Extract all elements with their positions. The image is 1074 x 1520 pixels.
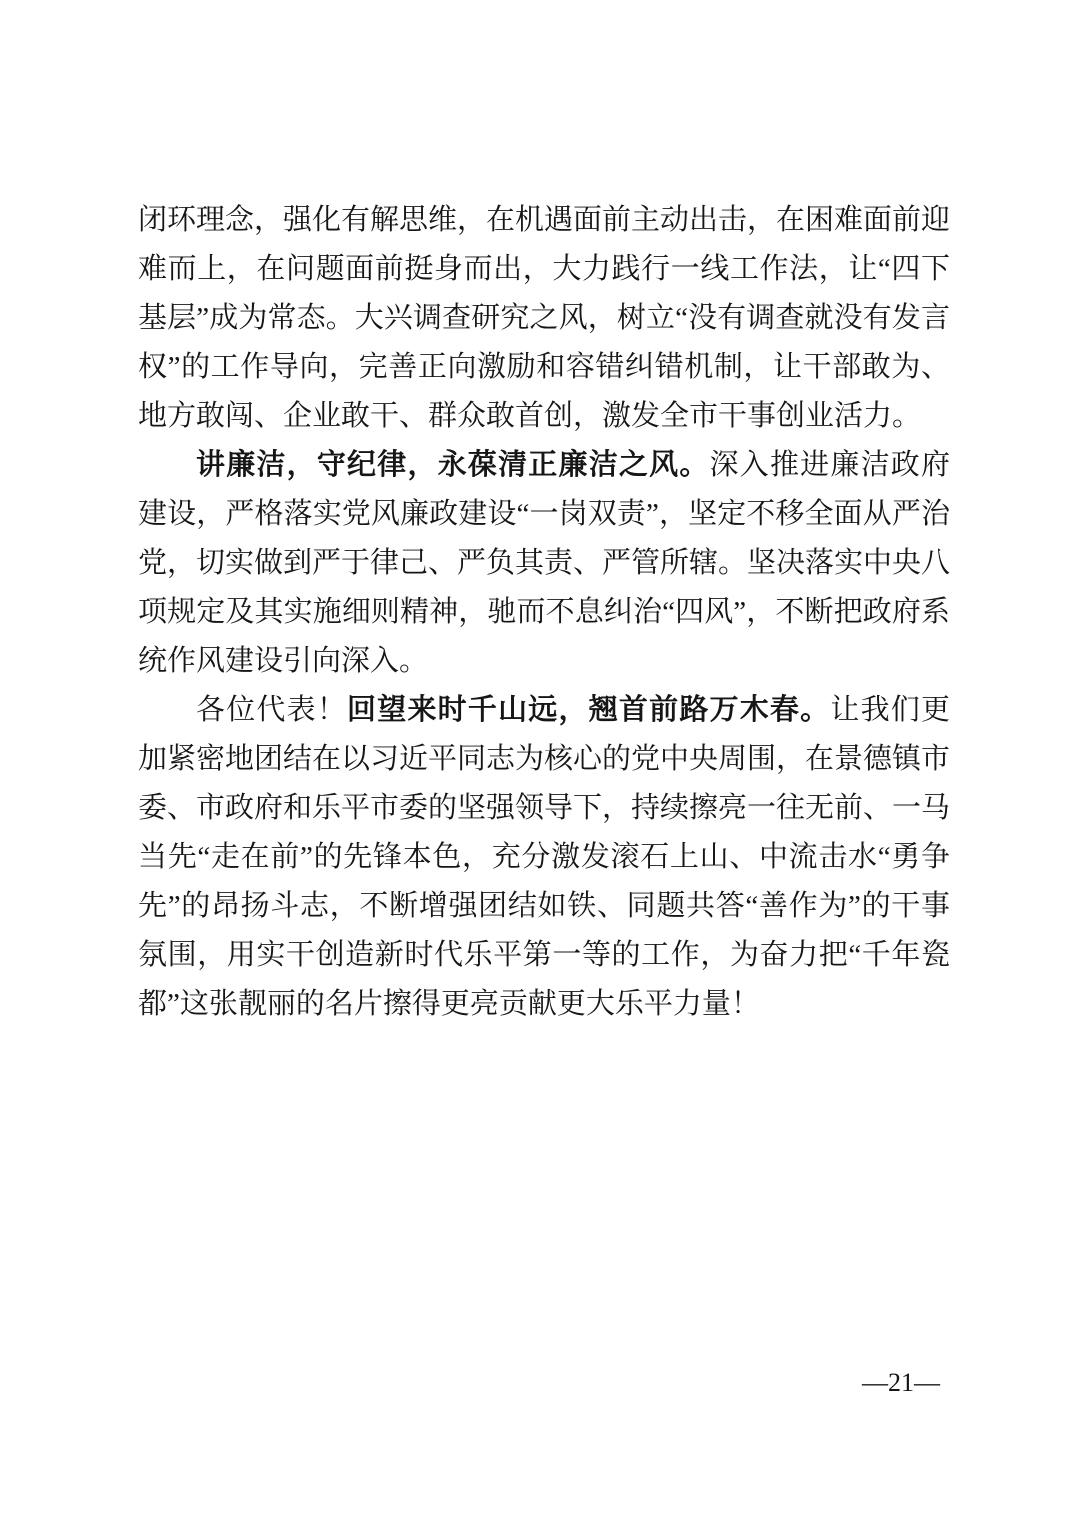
paragraph-2: 讲廉洁，守纪律，永葆清正廉洁之风。深入推进廉洁政府建设，严格落实党风廉政建设“一… [138,441,950,686]
document-body: 闭环理念，强化有解思维，在机遇面前主动出击，在困难面前迎难而上，在问题面前挺身而… [138,196,950,1029]
paragraph-2-text: 深入推进廉洁政府建设，严格落实党风廉政建设“一岗双责”，坚定不移全面从严治党，切… [138,449,950,677]
paragraph-3-bold-phrase: 回望来时千山远，翘首前路万木春。 [347,694,830,726]
paragraph-2-bold-lead: 讲廉洁，守纪律，永葆清正廉洁之风。 [196,449,710,481]
paragraph-1-text: 闭环理念，强化有解思维，在机遇面前主动出击，在困难面前迎难而上，在问题面前挺身而… [138,204,950,432]
paragraph-3-salutation: 各位代表！ [196,694,347,726]
paragraph-1: 闭环理念，强化有解思维，在机遇面前主动出击，在困难面前迎难而上，在问题面前挺身而… [138,196,950,441]
paragraph-3: 各位代表！回望来时千山远，翘首前路万木春。让我们更加紧密地团结在以习近平同志为核… [138,686,950,1029]
document-page: 闭环理念，强化有解思维，在机遇面前主动出击，在困难面前迎难而上，在问题面前挺身而… [0,0,1074,1520]
page-number: —21— [862,1368,940,1398]
paragraph-3-text: 让我们更加紧密地团结在以习近平同志为核心的党中央周围，在景德镇市委、市政府和乐平… [138,694,950,1020]
